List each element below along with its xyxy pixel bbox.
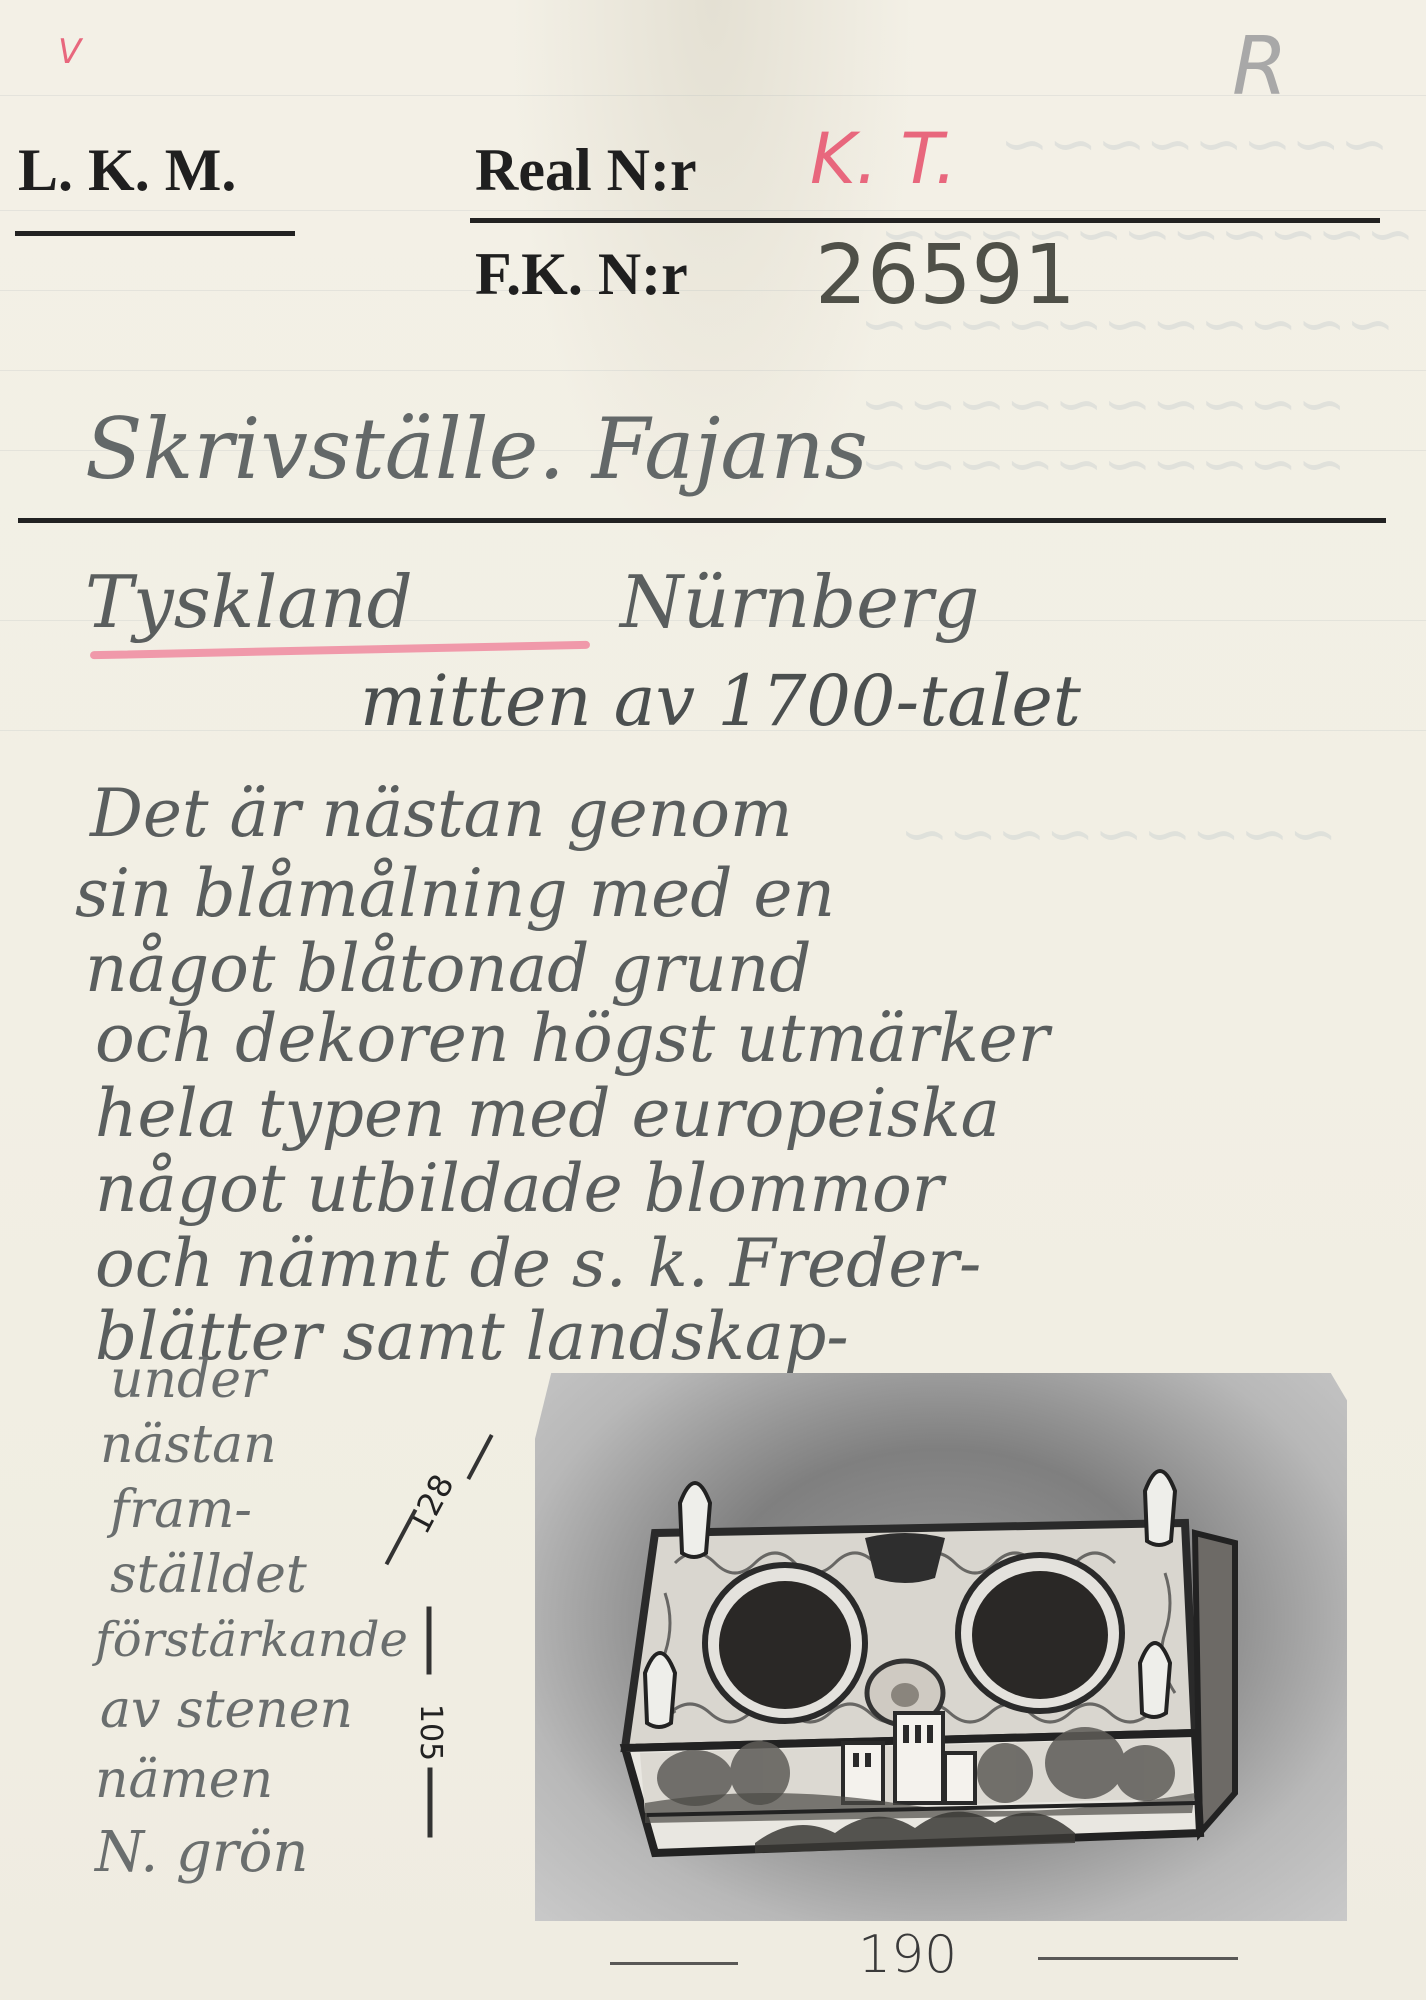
bleed-through-text: ~~~~~~~~~ [900,800,1337,868]
bleed-through-text: ~~~~~~~~~~ [860,430,1346,498]
catalog-card: ~~~~~~~~ ~~~~~~~~~~~ ~~~~~~~~~~~ ~~~~~~~… [0,0,1426,2000]
side-line: av stenen [100,1680,353,1740]
header-rule-right [470,218,1380,223]
description-line: och nämnt de s. k. Freder- [95,1225,981,1302]
side-line: förstärkande [95,1612,408,1668]
side-line: nämen [95,1750,273,1810]
side-line: ställdet [110,1545,307,1605]
real-nr-value: K. T. [810,118,957,200]
description-line: något utbildade blommor [95,1150,943,1227]
museum-label: L. K. M. [18,136,236,205]
dimension-tick [427,1607,432,1675]
dimension-line-right [1038,1957,1238,1960]
dimension-height: 105 [413,1704,448,1761]
origin-country: Tyskland [85,560,413,644]
dimension-depth: 128 [399,1468,461,1540]
origin-city: Nürnberg [620,560,979,644]
description-line: och dekoren högst utmärker [95,1000,1049,1077]
object-photo [535,1373,1347,1921]
side-line: under [110,1350,266,1410]
corner-mark-top-right: R [1232,20,1288,113]
side-line: fram- [110,1480,252,1540]
dimension-line-left [610,1962,738,1965]
fk-nr-value: 26591 [815,228,1076,323]
dimension-tick [428,1768,433,1838]
dimension-width: 190 [858,1925,957,1985]
header-rule-left [15,231,295,236]
dimension-tick [466,1434,493,1480]
description-line: sin blåmålning med en [75,855,835,932]
bleed-through-text: ~~~~~~~~~~ [860,370,1346,438]
description-line: något blåtonad grund [85,930,811,1007]
bleed-through-text: ~~~~~~~~ [1000,110,1389,178]
description-line: hela typen med europeiska [95,1075,1000,1152]
description-line: Det är nästan genom [90,775,793,852]
ruled-line [0,370,1426,371]
real-nr-label: Real N:r [475,136,697,205]
ruled-line [0,290,1426,291]
corner-mark-top-left: V [58,32,81,72]
ruled-line [0,210,1426,211]
object-title: Skrivställe. Fajans [85,400,868,498]
title-rule [18,518,1386,523]
fk-nr-label: F.K. N:r [475,240,688,309]
side-line: N. grön [95,1820,308,1885]
inkstand-illustration [585,1413,1305,1883]
origin-date: mitten av 1700-talet [360,660,1081,742]
side-line: nästan [100,1415,277,1475]
ruled-line [0,95,1426,96]
